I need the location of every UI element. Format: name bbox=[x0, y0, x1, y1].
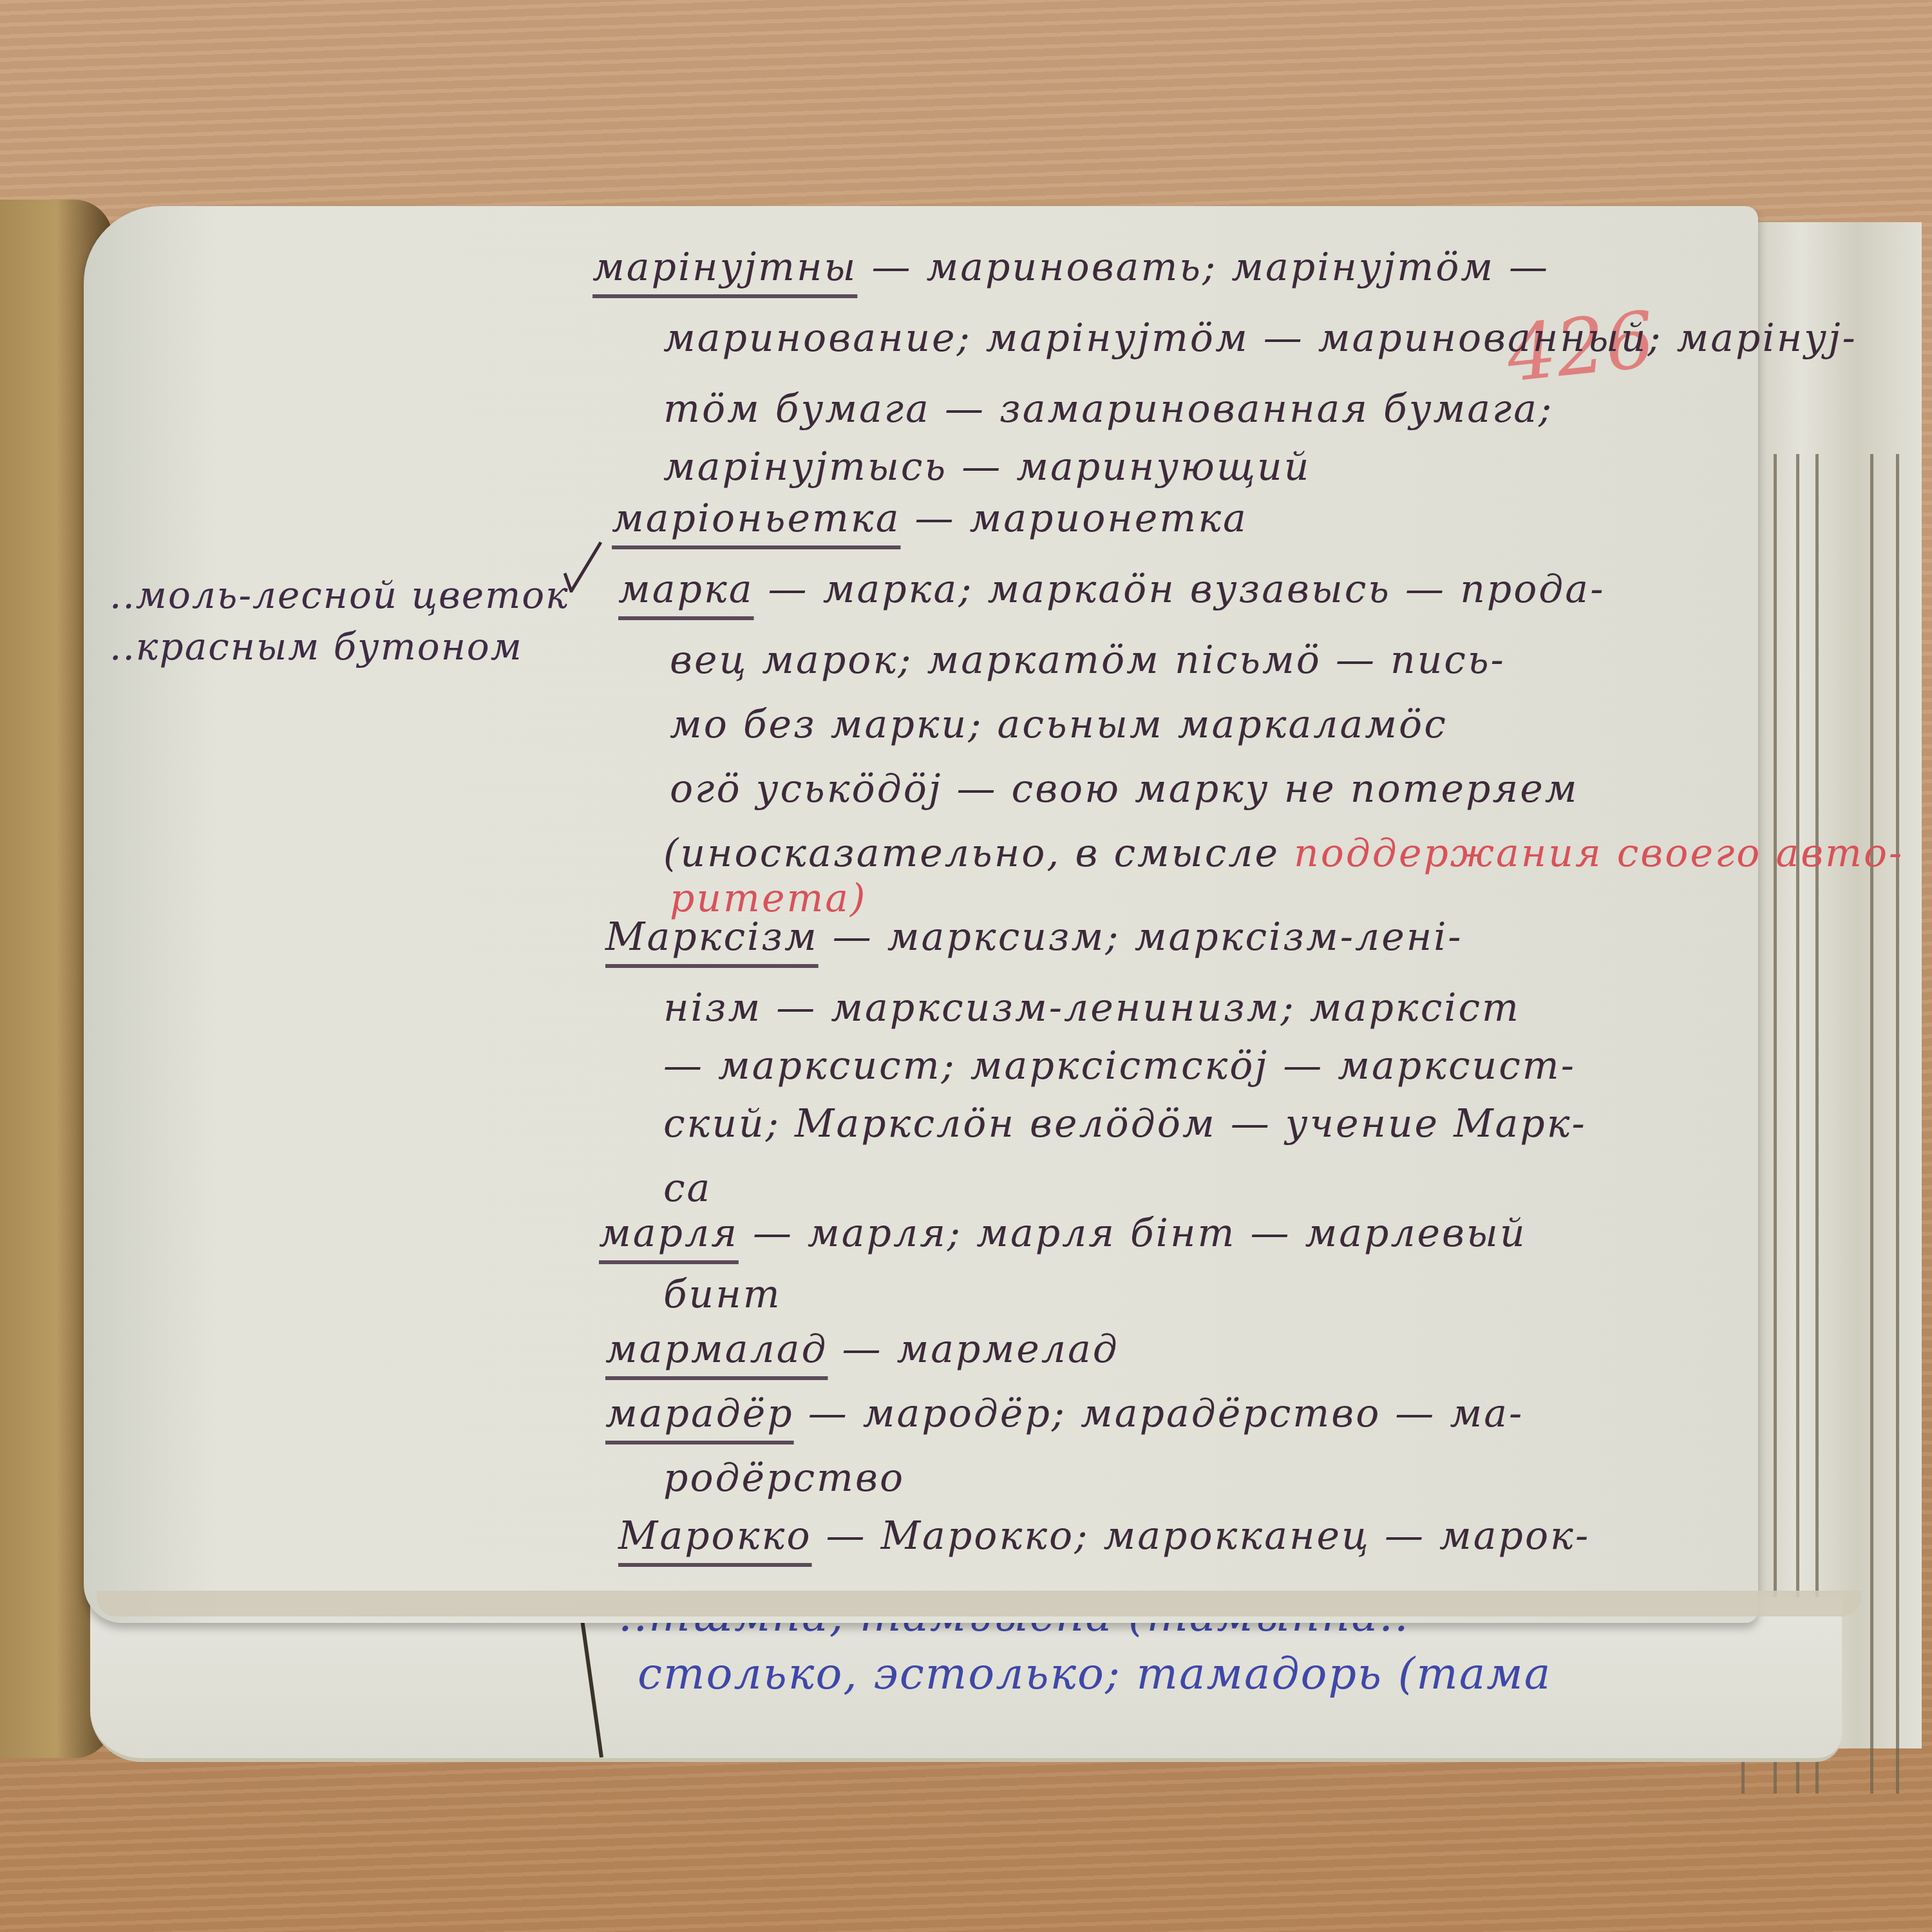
red-pencil-insert: поддержания своего авто- bbox=[1294, 831, 1904, 876]
entry-line: марінујтысь — маринующий bbox=[663, 444, 1311, 489]
headword: Марокко bbox=[618, 1513, 812, 1558]
entry-line: нізм — марксизм-ленинизм; маркcіст bbox=[663, 985, 1520, 1030]
entry-line: мармалад — мармелад bbox=[605, 1327, 1119, 1372]
entry-line: вец марок; маркатöм пісьмö — пись- bbox=[670, 638, 1506, 683]
headword: маріоньетка bbox=[612, 496, 900, 541]
entry-line: Маркcізм — марксизм; маркcізм-ленi- bbox=[605, 914, 1463, 960]
headword: мармалад bbox=[605, 1327, 828, 1372]
margin-note-line: ..красным бутоном bbox=[109, 625, 523, 668]
headword: Маркcізм bbox=[605, 914, 819, 960]
headword: марля bbox=[599, 1211, 739, 1256]
entry-text: (иносказательно, в смысле bbox=[663, 831, 1294, 876]
headword: марадëр bbox=[605, 1391, 794, 1436]
entry-text: — мармелад bbox=[842, 1327, 1119, 1372]
headword: марінујтны bbox=[592, 245, 857, 290]
entry-line: марінујтны — мариновать; марінујтöм — bbox=[592, 245, 1549, 290]
entry-line: родëрство bbox=[663, 1455, 905, 1501]
under-page-line: столько, эстолько; тамадорь (тама bbox=[638, 1649, 1551, 1700]
entry-line: Марокко — Марокко; марокканец — марок- bbox=[618, 1513, 1590, 1558]
entry-line: маринование; марінујтöм — маринованный; … bbox=[663, 316, 1857, 361]
entry-line: маріоньетка — марионетка bbox=[612, 496, 1248, 541]
margin-note-line: ..моль-лесной цветок bbox=[109, 573, 569, 617]
entry-line: са bbox=[663, 1166, 712, 1211]
entry-line: марка — марка; маркаöн вузавысь — прода- bbox=[618, 567, 1605, 612]
entry-line: бинт bbox=[663, 1272, 782, 1317]
entry-text: — мариновать; марінујтöм — bbox=[871, 245, 1549, 290]
entry-text: — марка; маркаöн вузавысь — прода- bbox=[768, 567, 1605, 612]
page-bottom-edge bbox=[97, 1591, 1861, 1616]
headword: марка bbox=[618, 567, 754, 612]
entry-line: мо без марки; асьным маркаламöс bbox=[670, 702, 1448, 747]
entry-text: — мародëр; марадëрство — ма- bbox=[808, 1391, 1524, 1436]
entry-text: — марксизм; маркcізм-ленi- bbox=[833, 914, 1463, 960]
entry-line: — марксист; маркcістскöј — марксист- bbox=[663, 1043, 1576, 1088]
entry-text: — Марокко; марокканец — марок- bbox=[826, 1513, 1591, 1558]
entry-text: — марля; марля бінт — марлевый bbox=[753, 1211, 1527, 1256]
entry-line: огö уськöдöј — свою марку не потеряем bbox=[670, 766, 1578, 811]
entry-line: ский; Маркслöн велöдöм — учение Марк- bbox=[663, 1101, 1587, 1146]
entry-line: (иносказательно, в смысле поддержания св… bbox=[663, 831, 1904, 876]
entry-line: марля — марля; марля бінт — марлевый bbox=[599, 1211, 1527, 1256]
entry-line: марадëр — мародëр; марадëрство — ма- bbox=[605, 1391, 1524, 1436]
check-mark-icon bbox=[563, 541, 602, 592]
entry-line: тöм бумага — замаринованная бумага; bbox=[663, 386, 1553, 431]
entry-text: — марионетка bbox=[915, 496, 1248, 541]
